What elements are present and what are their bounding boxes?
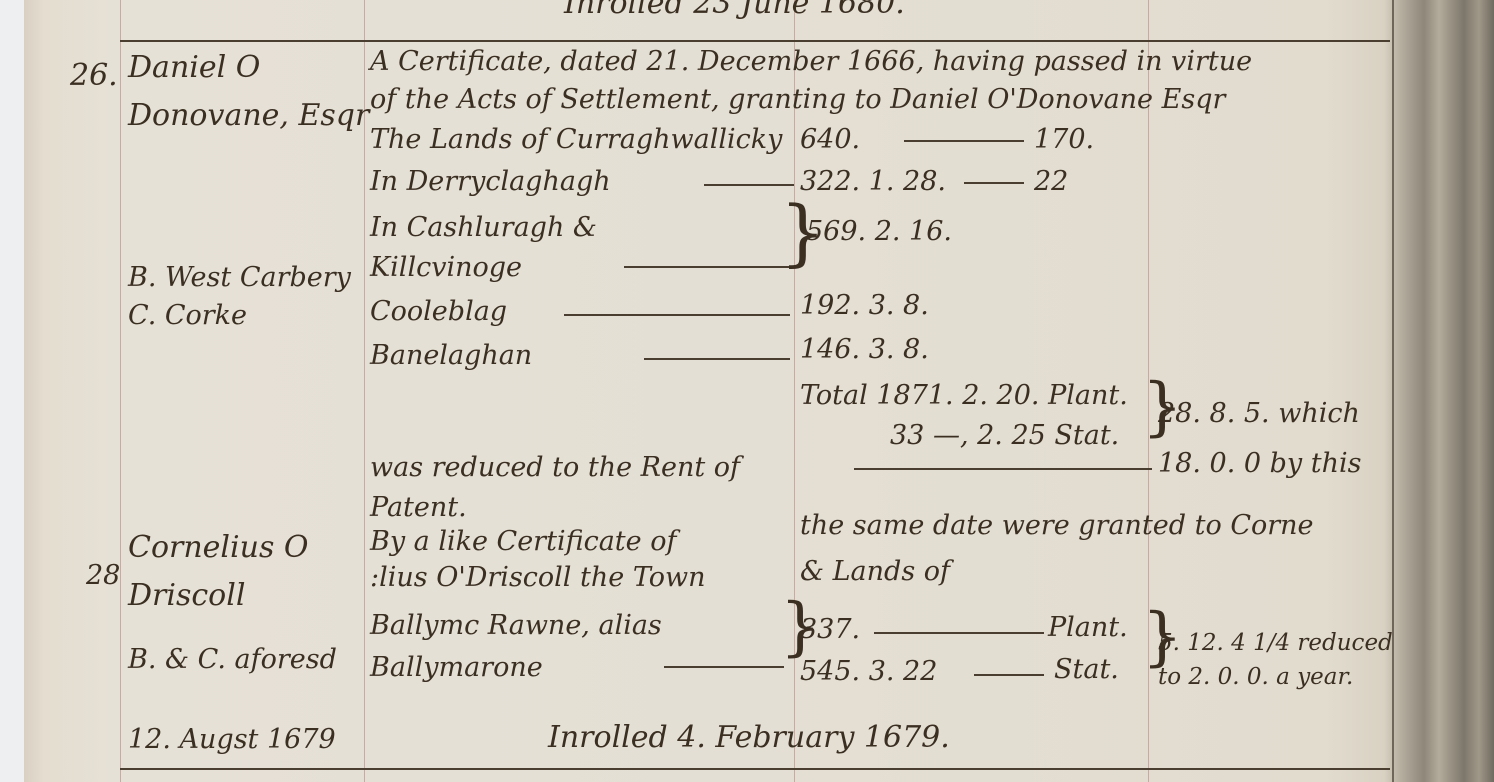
land-measure: 640. <box>800 124 860 155</box>
grantee-name: Donovane, Esqr <box>128 98 369 133</box>
land-measure: 192. 3. 8. <box>800 290 929 321</box>
inrolled-date: Inrolled 4. February 1679. <box>548 720 950 755</box>
land-name: Cooleblag <box>370 296 507 327</box>
leader-line <box>854 468 1152 470</box>
land-measure: 569. 2. 16. <box>806 216 952 247</box>
entry-text: :lius O'Driscoll the Town <box>370 562 706 593</box>
leader-line <box>564 314 790 316</box>
land-extra: 170. <box>1034 124 1094 155</box>
rent-reduced: 18. 0. 0 by this <box>1158 448 1361 479</box>
barony: B. & C. aforesd <box>128 644 337 675</box>
column-rule <box>794 0 795 782</box>
entry-text: was reduced to the Rent of <box>370 452 740 483</box>
total-plantation: Total 1871. 2. 20. Plant. <box>800 380 1128 411</box>
ledger-page: Inrolled 23 June 1680. 26. Daniel O Dono… <box>24 0 1494 782</box>
leader-line <box>874 632 1044 634</box>
land-name: In Cashluragh & <box>370 212 597 243</box>
barony: B. West Carbery <box>128 262 351 293</box>
land-name: Killcvinoge <box>370 252 522 283</box>
measure-statute: 545. 3. 22 <box>800 656 937 687</box>
leader-line <box>664 666 784 668</box>
land-name: Banelaghan <box>370 340 532 371</box>
land-name: Ballymc Rawne, alias <box>370 610 662 641</box>
entry-number: 28 <box>86 560 120 591</box>
margin-rule <box>120 0 121 782</box>
inrolled-previous: Inrolled 23 June 1680. <box>564 0 905 21</box>
land-extra: 22 <box>1034 166 1068 197</box>
measure-plantation: 337. <box>800 614 860 645</box>
grantee-name: Daniel O <box>128 50 260 85</box>
page-edge <box>1392 0 1394 782</box>
grantee-name: Cornelius O <box>128 530 308 565</box>
land-name: The Lands of Curraghwallicky <box>370 124 782 155</box>
measure-label: Plant. <box>1048 612 1128 643</box>
entry-text: Patent. <box>370 492 467 523</box>
entry-text: By a like Certificate of <box>370 526 676 557</box>
entry-date: 12. Augst 1679 <box>128 724 336 755</box>
leader-line <box>974 674 1044 676</box>
leader-line <box>704 184 794 186</box>
entry-number: 26. <box>70 58 118 93</box>
grantee-name: Driscoll <box>128 578 245 613</box>
leader-line <box>964 182 1024 184</box>
land-name: Ballymarone <box>370 652 543 683</box>
entry-divider <box>120 40 1390 42</box>
entry-text: A Certificate, dated 21. December 1666, … <box>370 46 1252 77</box>
entry-text: of the Acts of Settlement, granting to D… <box>370 84 1225 115</box>
total-statute: 33 —, 2. 25 Stat. <box>890 420 1119 451</box>
rent-original: 28. 8. 5. which <box>1158 398 1360 429</box>
measure-label: Stat. <box>1054 654 1119 685</box>
land-name: In Derryclaghagh <box>370 166 611 197</box>
county: C. Corke <box>128 300 247 331</box>
rent-reduced: to 2. 0. 0. a year. <box>1158 664 1353 690</box>
entry-text: & Lands of <box>800 556 950 587</box>
rent-original: 5. 12. 4 1/4 reduced <box>1158 630 1393 656</box>
land-measure: 146. 3. 8. <box>800 334 929 365</box>
entry-divider <box>120 768 1390 770</box>
leader-line <box>624 266 790 268</box>
leader-line <box>644 358 790 360</box>
entry-text: the same date were granted to Corne <box>800 510 1314 541</box>
leader-line <box>904 140 1024 142</box>
